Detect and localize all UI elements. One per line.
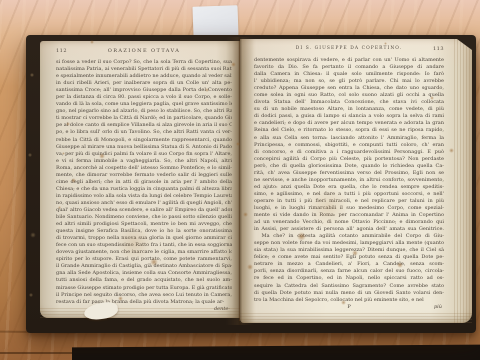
text-line: e spezialmente innumerabili addietro ne … [56, 73, 232, 80]
text-line: gno, nel piegarlo sino ad alzarlo, di pe… [56, 108, 232, 115]
text-line: in duci ribelli Arieri, per inalberare s… [56, 80, 232, 87]
text-line: di trovarmi, troppo nella nuova sua glor… [56, 235, 232, 242]
text-line: ad un venerando Vecchio, di nome Ottavio… [254, 219, 444, 226]
text-line: seppe non volete forse da voi medesimi, … [254, 240, 444, 247]
wood-plank-seam [0, 352, 76, 354]
text-line: come solea in ogni suo Ratto, col solo s… [254, 92, 444, 99]
text-line: va, per più di quindici palmi fa volare … [56, 151, 232, 158]
text-line: santissima Croce; all' improvviso Giusep… [56, 87, 232, 94]
table-edge-shadow [72, 345, 480, 360]
text-line: di dodici passi, a guisa di lampo si sla… [254, 113, 444, 120]
left-page-text: si fosse a veder il suo Corpo? So, che l… [56, 59, 232, 306]
text-line: re fece ed in Copertino, ed in Napoli, n… [254, 275, 444, 282]
text-line: sequire la Cattedra del Santissimo Sagra… [254, 283, 444, 290]
text-line: fece con un suo stupendissimo Ratto fra … [56, 242, 232, 249]
text-line: Principessa, e commossi, sbigottiti, e c… [254, 142, 444, 149]
open-book: 112 ORAZIONE OTTAVA si fosse a veder il … [26, 35, 476, 333]
text-line: e candelieri; e dopo di avere per alcun … [254, 120, 444, 127]
text-line: ed ajuto: anzi quella Dote era quella, c… [254, 184, 444, 191]
text-line: creduto? Appena Giuseppe sen entra la Ch… [254, 85, 444, 92]
text-line: po, e lo libra sull' orlo di un Tavolino… [56, 129, 232, 136]
text-line: di concorso, e di comitiva a i ragguarde… [254, 149, 444, 156]
text-line: Roma, ancorchè al cospetto dell' istesso… [56, 165, 232, 172]
text-line: doveva giustamente, non che inarcare le … [56, 249, 232, 256]
text-line: Ma che? in cotesta agilità cotanto ammir… [254, 233, 444, 240]
page-bottom-edge [40, 308, 240, 318]
text-line: il Grande Ammiraglio di Castiglia, già d… [56, 263, 232, 270]
text-line: mente si vide dando in Roma: per raccoma… [254, 212, 444, 219]
paper-slip [192, 5, 238, 37]
text-line: dentemente sospirava di vedere, e di par… [254, 57, 444, 64]
text-line: qual' altro Giacob vedea scendere, e sal… [56, 207, 232, 214]
text-line: e alla sua Cella sen torna: lasciando at… [254, 135, 444, 142]
text-line: il Principe nel seguito discorso, che av… [56, 292, 232, 299]
text-line: Reina del Cielo, e ritornato lo stesso, … [254, 127, 444, 134]
text-line: rebbe la Città di Monopoli, e singolarme… [56, 137, 232, 144]
left-running-header: ORAZIONE OTTAVA [56, 48, 232, 54]
right-page-number: 113 [433, 46, 444, 52]
text-line: dalla Camera in Chiesa: il quale solo um… [254, 71, 444, 78]
text-line: Giuseppe al mirare una nuova bellissima … [56, 144, 232, 151]
text-line: di quella Dote potuto mai nulla meno di … [254, 290, 444, 297]
right-running-header: DI S. GIUSEPPE DA COPERTINO. [254, 46, 444, 51]
text-line: no, quasi ansioso anch' esso di emulare … [56, 200, 232, 207]
text-line: simo, e agilissimo, e nel dare a tutti i… [254, 191, 444, 198]
text-line: sia stata) la sua mirabilissima leggerez… [254, 247, 444, 254]
text-line: netrare in mezzo a Candelieri, a' Fiori,… [254, 261, 444, 268]
text-line: in rapidissimo volo alla sola vista da l… [56, 193, 232, 200]
right-page: DI S. GIUSEPPE DA COPERTINO. 113 denteme… [240, 39, 472, 323]
text-line: operare in tutti i più fieri miracoli, e… [254, 198, 444, 205]
right-catch-row: P più [254, 304, 444, 312]
text-line: mente, che dimorar vorrebbe fermato vede… [56, 172, 232, 179]
text-line: bile Santuario. Nondimeno conviene, che … [56, 214, 232, 221]
text-line: rità, ch' avea Giuseppe ferventissima ve… [254, 170, 444, 177]
right-catchword: più [434, 304, 442, 311]
text-line: favorito da Dio. Se fa pertanto il coman… [254, 64, 444, 71]
text-line: Chiesa; e che da una rustica loggia in c… [56, 186, 232, 193]
text-line: divota Statua dell' Immacolata Concezion… [254, 99, 444, 106]
text-line: concepirsi agilità di Corpo più Celeste,… [254, 156, 444, 163]
text-line: felice; e come avete mai sentito? Egli p… [254, 254, 444, 261]
right-page-text: dentemente sospirava di vedere, e di par… [254, 57, 444, 304]
text-line: mirasse Giuseppe stimato prodigio per tu… [56, 285, 232, 292]
signature-mark: P [254, 304, 444, 311]
text-line: spirito per lo stupore. Erasi qui portat… [56, 256, 232, 263]
right-page-header: DI S. GIUSEPPE DA COPERTINO. 113 [254, 45, 444, 54]
text-line: si fosse a veder il suo Corpo? So, che l… [56, 59, 232, 66]
text-line: ed altri simili prodigiosi Spettacoli, m… [56, 221, 232, 228]
text-line: in Assisi, per assistere di persona all'… [254, 226, 444, 233]
fore-edge-pages [454, 39, 472, 323]
text-line: l' ubbidienza; ma non so, se gli potrò p… [254, 78, 444, 85]
left-page: 112 ORAZIONE OTTAVA si fosse a veder il … [40, 41, 240, 318]
text-line: ne servisse, e anche inopportunamente, i… [254, 177, 444, 184]
text-line: per la distanza di circa 80. passi spicc… [56, 94, 232, 101]
text-line: gna alla Sede Apostolica, insieme colla … [56, 270, 232, 277]
text-line: tro la Macchina del Sepolcro, collocato … [254, 297, 444, 304]
text-line: cime degli alberi; che in atti di giraso… [56, 179, 232, 186]
text-line: tutti ansiosi della fama, e del grado ac… [56, 277, 232, 284]
text-line: restava di far paga la brama della più d… [56, 299, 232, 306]
text-line: pe al dolce canto di semplice Villanella… [56, 122, 232, 129]
gutter-crease-line [239, 41, 240, 321]
text-line: su di un nobile maestoso Altare, in lont… [254, 106, 444, 113]
text-line: porli, senza disordinarli, senza farne a… [254, 268, 444, 275]
text-line: natalissima Patria, ai venerabili Spetta… [56, 66, 232, 73]
photo-scene: 112 ORAZIONE OTTAVA si fosse a veder il … [0, 0, 480, 360]
left-page-header: 112 ORAZIONE OTTAVA [56, 47, 232, 56]
text-line: ti mostrar ci vorrebbe la Città di Nardò… [56, 115, 232, 122]
text-line: luoghi, e in luoghi rimarcabili il suo m… [254, 205, 444, 212]
text-line: e vi si ferma immobile a vagheggiarla. S… [56, 158, 232, 165]
page-bottom-edge [240, 313, 472, 323]
text-line: vando di là la sola, come una leggiera p… [56, 101, 232, 108]
text-line: questa insigne Serafica Basilica, dove i… [56, 228, 232, 235]
gutter-shadow [226, 37, 254, 325]
text-line: però, che di quella gloriosissima Dote, … [254, 163, 444, 170]
